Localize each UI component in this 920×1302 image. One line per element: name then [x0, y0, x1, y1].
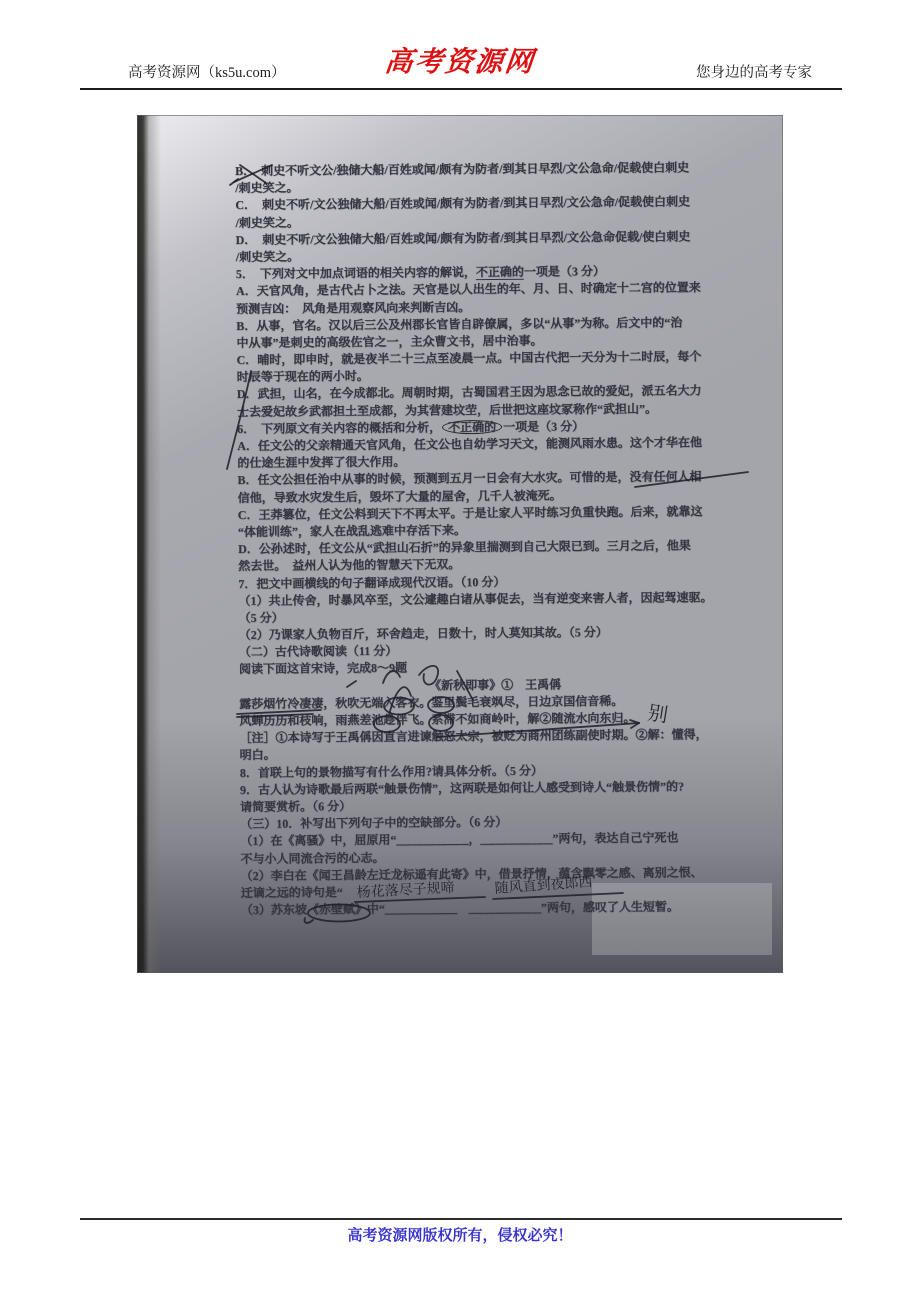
- header-divider: [80, 88, 842, 90]
- header-slogan: 您身边的高考专家: [696, 61, 812, 82]
- q5-pre: 5． 下列对文中加点词语的相关内容的解说，: [236, 265, 476, 281]
- q5-options: A．天官风角，是古代占卜之法。天官是以人出生的年、月、日、时确定十二宫的位置来预…: [236, 279, 749, 421]
- q5-underlined: 不正确的: [476, 265, 524, 280]
- footer-copyright: 高考资源网版权所有，侵权必究！: [0, 1224, 920, 1245]
- options-bcd: B． 刺史不听文公/独储大船/百姓或闻/颇有为防者/到其日早烈/文公急命/促载使…: [235, 159, 748, 266]
- footer-divider: [80, 1218, 842, 1220]
- poem-and-questions: 露莎烟竹冷凄凄，秋吹无端入客衣。鉴里鬓毛衰飒尽，日边京国信音稀。风蝉历历和枝响，…: [239, 692, 752, 885]
- scanned-exam-photo: B． 刺史不听文公/独储大船/百姓或闻/颇有为防者/到其日早烈/文公急命/促载使…: [137, 115, 783, 973]
- q5-post: 一项是（3 分）: [524, 264, 605, 279]
- q6-pre: 6． 下列原文有关内容的概括和分析，: [237, 420, 441, 436]
- header: 高考资源网（ks5u.com） 高考资源网 您身边的高考专家: [80, 40, 840, 86]
- answer-line-prefix: 迁谪之远的诗句是“: [241, 885, 343, 900]
- q6-options-and-q7: A．任文公的父亲精通天官风角，任文公也自幼学习天文，能测风雨水患。这个才华在他的…: [237, 434, 751, 679]
- page: 高考资源网（ks5u.com） 高考资源网 您身边的高考专家 B． 刺史不听文公…: [0, 0, 920, 1302]
- q6-circled: 不正确的: [442, 420, 502, 434]
- q6-post: 一项是（3 分）: [503, 419, 584, 434]
- exam-text-block: B． 刺史不听文公/独储大船/百姓或闻/颇有为防者/到其日早烈/文公急命/促载使…: [235, 159, 753, 919]
